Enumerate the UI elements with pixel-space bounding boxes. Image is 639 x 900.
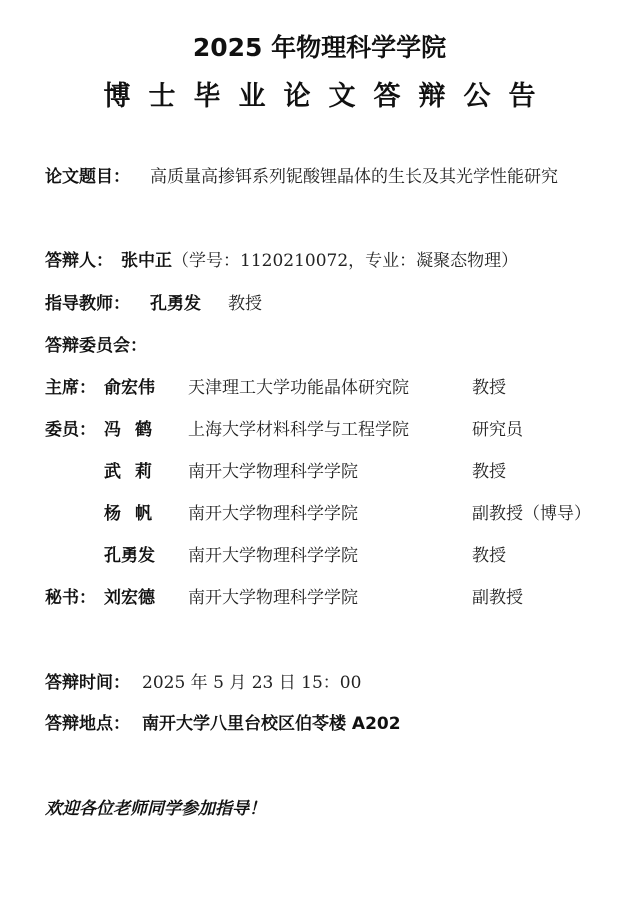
committee-member-row: 武莉 南开大学物理科学学院 教授 xyxy=(0,457,639,481)
member-affiliation: 天津理工大学功能晶体研究院 xyxy=(188,373,409,398)
member-title: 副教授（博导） xyxy=(472,499,591,524)
committee-member-row: 主席： 俞宏伟 天津理工大学功能晶体研究院 教授 xyxy=(0,373,639,397)
member-role: 委员： xyxy=(45,415,96,440)
member-affiliation: 南开大学物理科学学院 xyxy=(188,499,358,524)
advisor-title: 教授 xyxy=(228,289,262,314)
committee-member-row: 委员： 冯鹤 上海大学材料科学与工程学院 研究员 xyxy=(0,415,639,439)
candidate-details: （学号：1120210072，专业：凝聚态物理） xyxy=(172,246,518,271)
committee-member-row: 秘书： 刘宏德 南开大学物理科学学院 副教授 xyxy=(0,583,639,607)
thesis-title-label: 论文题目： xyxy=(45,162,130,187)
thesis-title-value: 高质量高掺铒系列铌酸锂晶体的生长及其光学性能研究 xyxy=(150,162,558,187)
defense-place-row: 答辩地点： 南开大学八里台校区伯苓楼 A202 xyxy=(0,709,639,733)
committee-label-row: 答辩委员会： xyxy=(0,331,639,355)
advisor-name: 孔勇发 xyxy=(150,289,201,314)
member-name: 杨帆 xyxy=(104,499,166,524)
member-name: 孔勇发 xyxy=(104,541,155,566)
member-name: 冯鹤 xyxy=(104,415,166,440)
member-role: 主席： xyxy=(45,373,96,398)
member-role: 秘书： xyxy=(45,583,96,608)
defense-time-value: 2025 年 5 月 23 日 15：00 xyxy=(142,668,361,693)
defense-place-label: 答辩地点： xyxy=(45,709,130,734)
member-title: 教授 xyxy=(472,457,506,482)
member-affiliation: 上海大学材料科学与工程学院 xyxy=(188,415,409,440)
member-name: 俞宏伟 xyxy=(104,373,155,398)
candidate-label: 答辩人： xyxy=(45,246,113,271)
defense-time-row: 答辩时间： 2025 年 5 月 23 日 15：00 xyxy=(0,668,639,692)
member-title: 教授 xyxy=(472,373,506,398)
closing-message: 欢迎各位老师同学参加指导！ xyxy=(45,794,266,819)
member-affiliation: 南开大学物理科学学院 xyxy=(188,541,358,566)
advisor-row: 指导教师： 孔勇发 教授 xyxy=(0,289,639,313)
committee-member-row: 孔勇发 南开大学物理科学学院 教授 xyxy=(0,541,639,565)
candidate-name: 张中正 xyxy=(121,246,172,271)
announcement-title-main: 博士毕业论文答辩公告 xyxy=(0,74,639,113)
candidate-row: 答辩人： 张中正 （学号：1120210072，专业：凝聚态物理） xyxy=(0,246,639,270)
closing-row: 欢迎各位老师同学参加指导！ xyxy=(0,794,639,818)
member-affiliation: 南开大学物理科学学院 xyxy=(188,583,358,608)
defense-time-label: 答辩时间： xyxy=(45,668,130,693)
advisor-label: 指导教师： xyxy=(45,289,130,314)
thesis-title-row: 论文题目： 高质量高掺铒系列铌酸锂晶体的生长及其光学性能研究 xyxy=(0,162,639,186)
defense-place-value: 南开大学八里台校区伯苓楼 A202 xyxy=(142,709,401,734)
member-title: 副教授 xyxy=(472,583,523,608)
member-title: 研究员 xyxy=(472,415,523,440)
member-affiliation: 南开大学物理科学学院 xyxy=(188,457,358,482)
announcement-title-year-school: 2025 年物理科学学院 xyxy=(0,28,639,64)
committee-member-row: 杨帆 南开大学物理科学学院 副教授（博导） xyxy=(0,499,639,523)
committee-label: 答辩委员会： xyxy=(45,331,147,356)
member-name: 刘宏德 xyxy=(104,583,155,608)
member-title: 教授 xyxy=(472,541,506,566)
member-name: 武莉 xyxy=(104,457,166,482)
